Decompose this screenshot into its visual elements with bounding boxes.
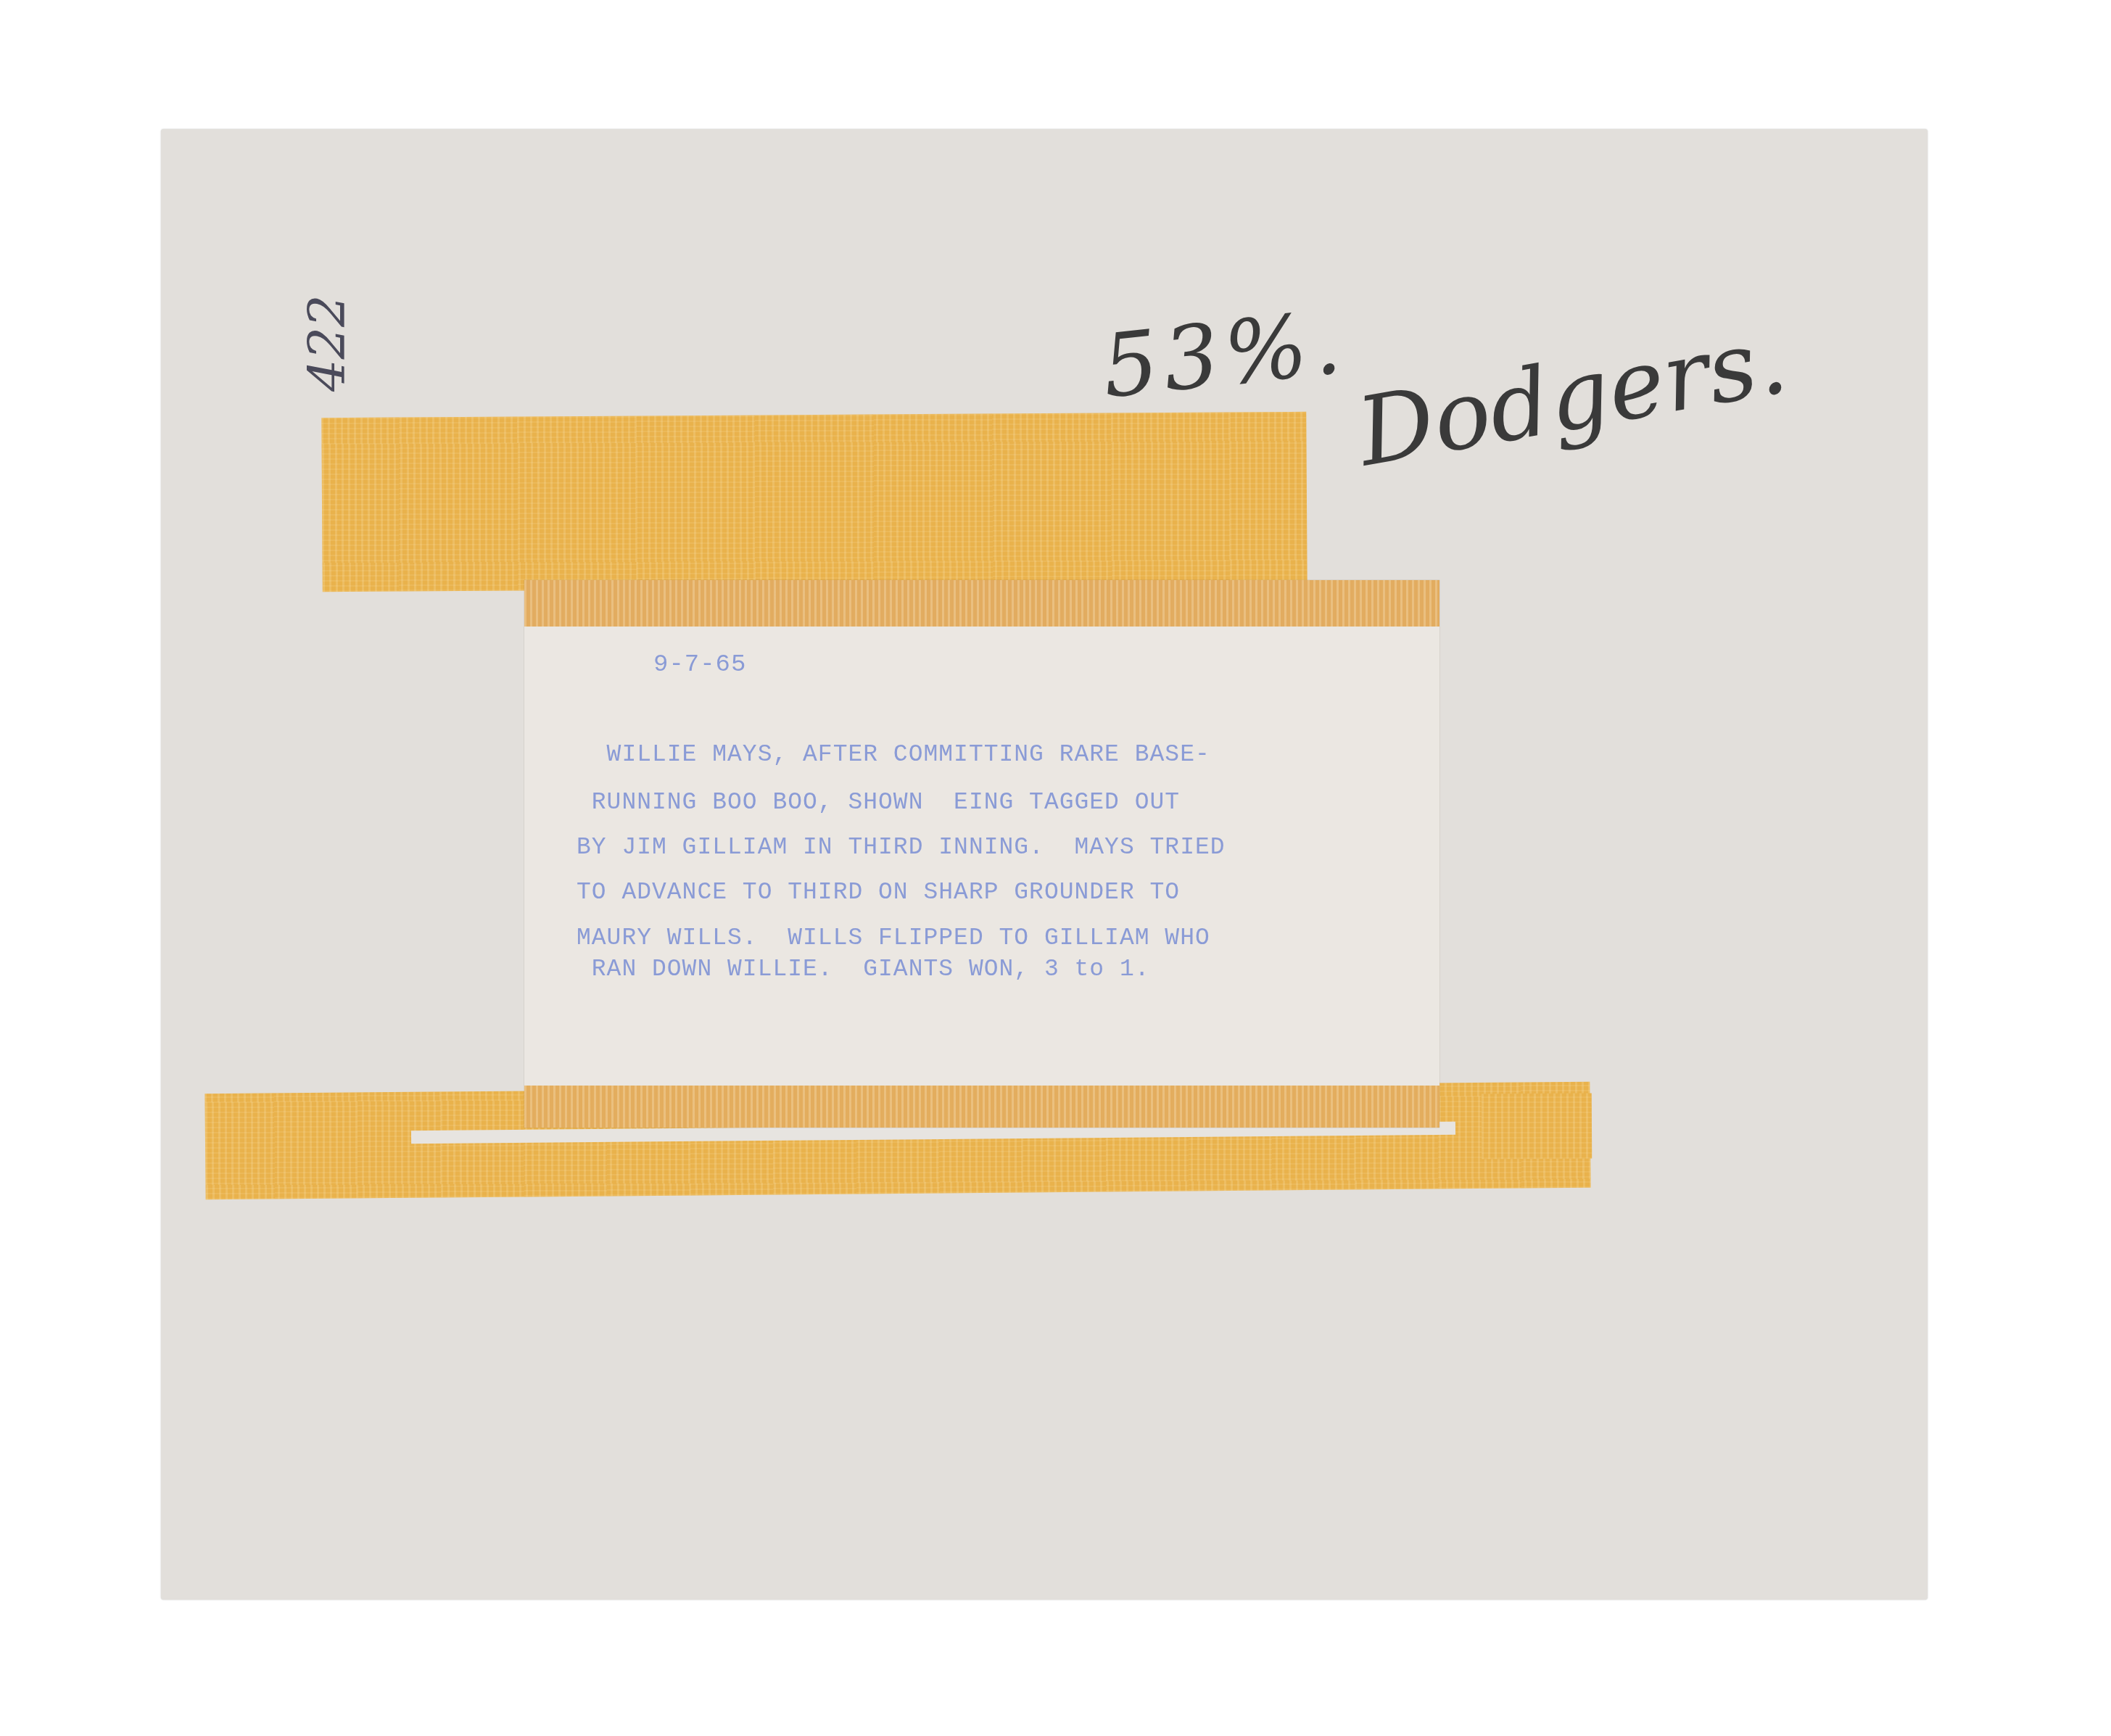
handwritten-side-number: 422 xyxy=(297,294,357,392)
caption-date: 9-7-65 xyxy=(653,651,746,679)
caption-line: BY JIM GILLIAM IN THIRD INNING. MAYS TRI… xyxy=(577,834,1226,861)
caption-line: MAURY WILLS. WILLS FLIPPED TO GILLIAM WH… xyxy=(577,925,1210,951)
tape-strip-bottom-right xyxy=(1482,1094,1592,1160)
card-tape-bottom xyxy=(524,1086,1439,1128)
card-tape-top xyxy=(524,580,1439,627)
caption-line: WILLIE MAYS, AFTER COMMITTING RARE BASE- xyxy=(577,741,1210,768)
tape-strip-top xyxy=(321,412,1307,592)
caption-line: RAN DOWN WILLIE. GIANTS WON, 3 to 1. xyxy=(577,956,1150,983)
caption-line: RUNNING BOO BOO, SHOWN EING TAGGED OUT xyxy=(577,789,1180,816)
caption-line: TO ADVANCE TO THIRD ON SHARP GROUNDER TO xyxy=(577,879,1180,906)
caption-card: 9-7-65 WILLIE MAYS, AFTER COMMITTING RAR… xyxy=(524,580,1439,1128)
